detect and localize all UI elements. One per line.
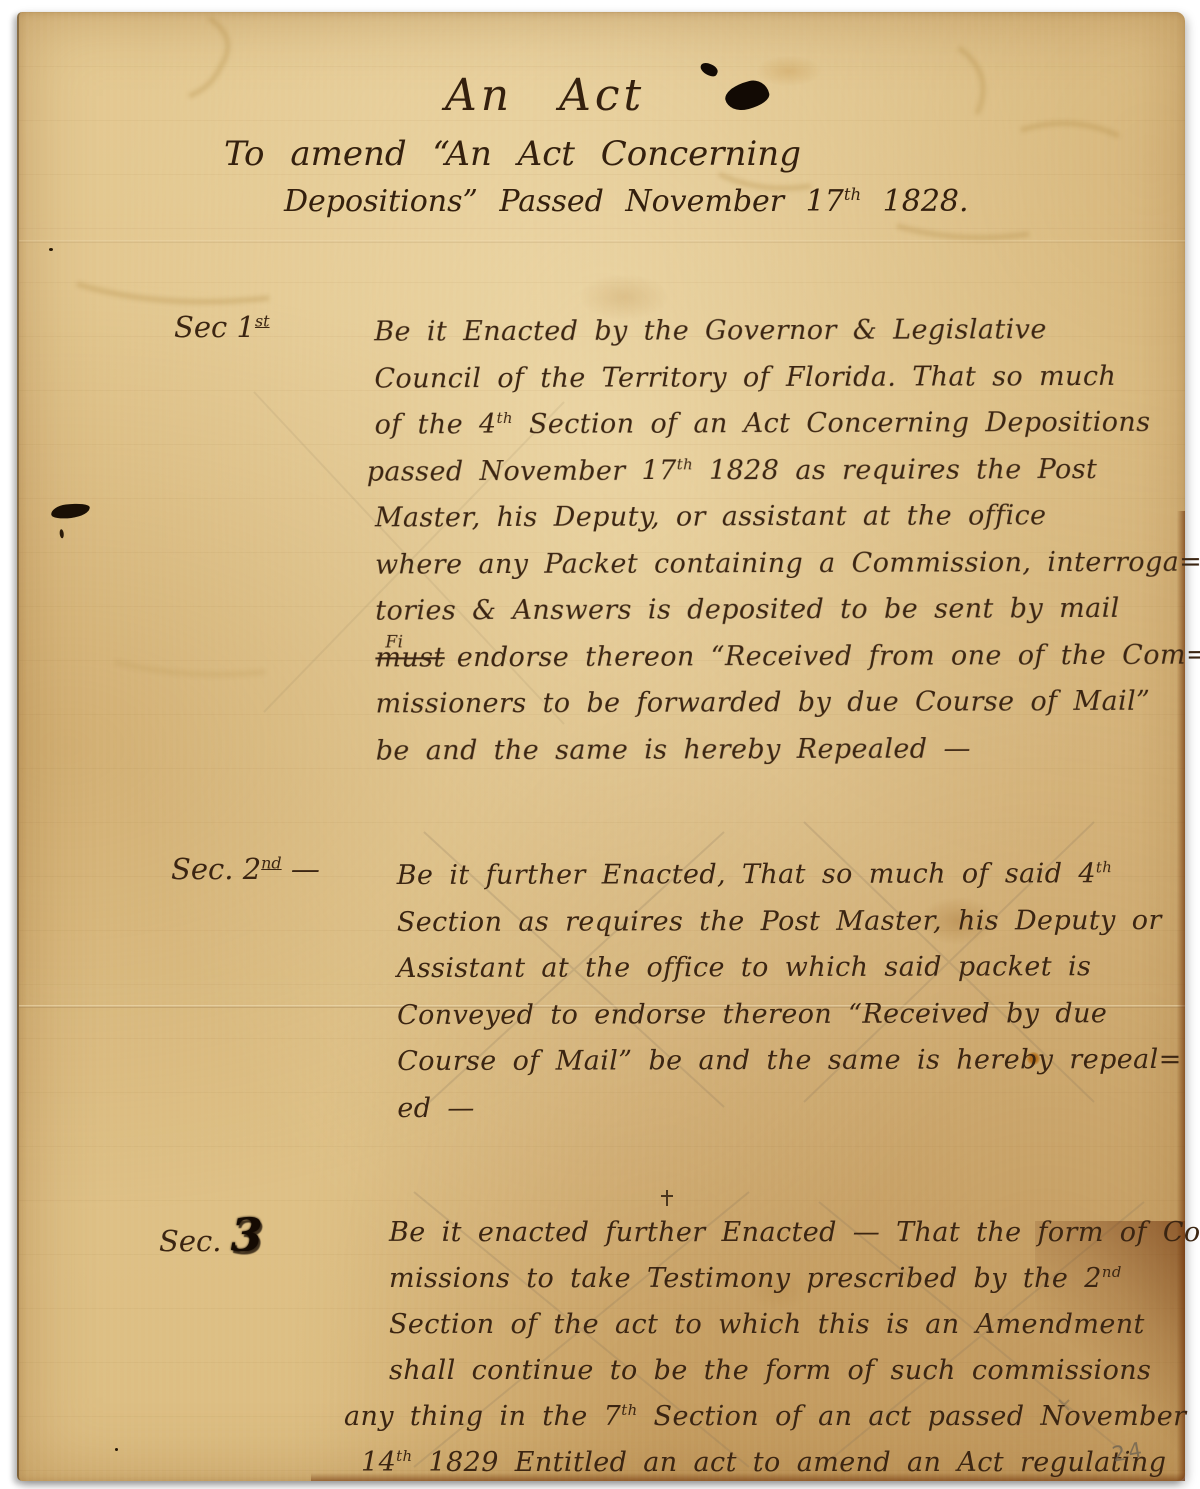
manuscript-line: Course of Mail” be and the same is hereb…	[397, 1037, 1182, 1086]
title-line-3: Depositions” Passed November 17th 1828.	[284, 184, 969, 219]
section-2-body: Be it further Enacted, That so much of s…	[397, 851, 1182, 1132]
ink-speck	[49, 248, 53, 251]
manuscript-line-rest: endorse thereon “Received from one of th…	[457, 639, 1200, 673]
manuscript-line: tories & Answers is deposited to be sent…	[375, 586, 1200, 635]
insertion-caret-mark	[661, 1190, 673, 1206]
manuscript-page: An Act To amend “An Act Concerning Depos…	[17, 12, 1185, 1481]
title-line-2: To amend “An Act Concerning	[224, 134, 801, 174]
paper-crease	[19, 240, 1185, 243]
manuscript-line: Be it further Enacted, That so much of s…	[397, 851, 1182, 900]
manuscript-line: ed —	[397, 1083, 1182, 1132]
ink-blot	[699, 61, 720, 78]
section-3-overwritten-number: 3	[231, 1208, 263, 1262]
manuscript-line: Be it Enacted by the Governor & Legislat…	[374, 307, 1200, 356]
manuscript-line: Assistant at the office to which said pa…	[397, 944, 1182, 993]
manuscript-line: shall continue to be the form of such co…	[389, 1348, 1200, 1394]
section-1-body: Be it Enacted by the Governor & Legislat…	[374, 307, 1200, 775]
ink-blot	[722, 77, 771, 114]
manuscript-line: Council of the Territory of Florida. Tha…	[374, 353, 1200, 402]
ink-speck	[115, 1448, 118, 1451]
section-2-label: Sec. 2nd —	[171, 852, 320, 886]
manuscript-line: passed November 17th 1828 as requires th…	[367, 446, 1200, 495]
manuscript-line-with-correction: must Fi endorse thereon “Received from o…	[375, 632, 1200, 681]
title-line-1: An Act	[445, 70, 645, 121]
stain	[757, 56, 821, 86]
section-3-label: Sec. 3	[159, 1208, 263, 1262]
section-1-label: Sec 1st	[174, 310, 270, 344]
manuscript-line: 14th 1829 Entitled an act to amend an Ac…	[361, 1440, 1200, 1486]
ink-blot	[50, 502, 90, 521]
manuscript-line: Conveyed to endorse thereon “Received by…	[397, 990, 1182, 1039]
scan-background: { "document": { "kind": "handwritten man…	[0, 0, 1200, 1489]
inserted-word: Fi	[385, 619, 403, 666]
section-3-body: Be it enacted further Enacted — That the…	[389, 1210, 1200, 1486]
scribal-correction: must Fi	[375, 635, 444, 682]
manuscript-line: missions to take Testimony prescribed by…	[389, 1256, 1200, 1302]
manuscript-line: of the 4th Section of an Act Concerning …	[375, 400, 1200, 449]
manuscript-line: missioners to be forwarded by due Course…	[375, 679, 1200, 728]
manuscript-line: any thing in the 7th Section of an act p…	[344, 1394, 1200, 1440]
manuscript-line: Be it enacted further Enacted — That the…	[389, 1210, 1200, 1256]
manuscript-line: Section of the act to which this is an A…	[389, 1302, 1200, 1348]
manuscript-line: where any Packet containing a Commission…	[375, 539, 1200, 588]
manuscript-line: Master, his Deputy, or assistant at the …	[375, 493, 1200, 542]
manuscript-line: be and the same is hereby Repealed —	[376, 725, 1200, 774]
section-3-label-word: Sec.	[159, 1224, 222, 1258]
manuscript-line: Section as requires the Post Master, his…	[397, 897, 1182, 946]
